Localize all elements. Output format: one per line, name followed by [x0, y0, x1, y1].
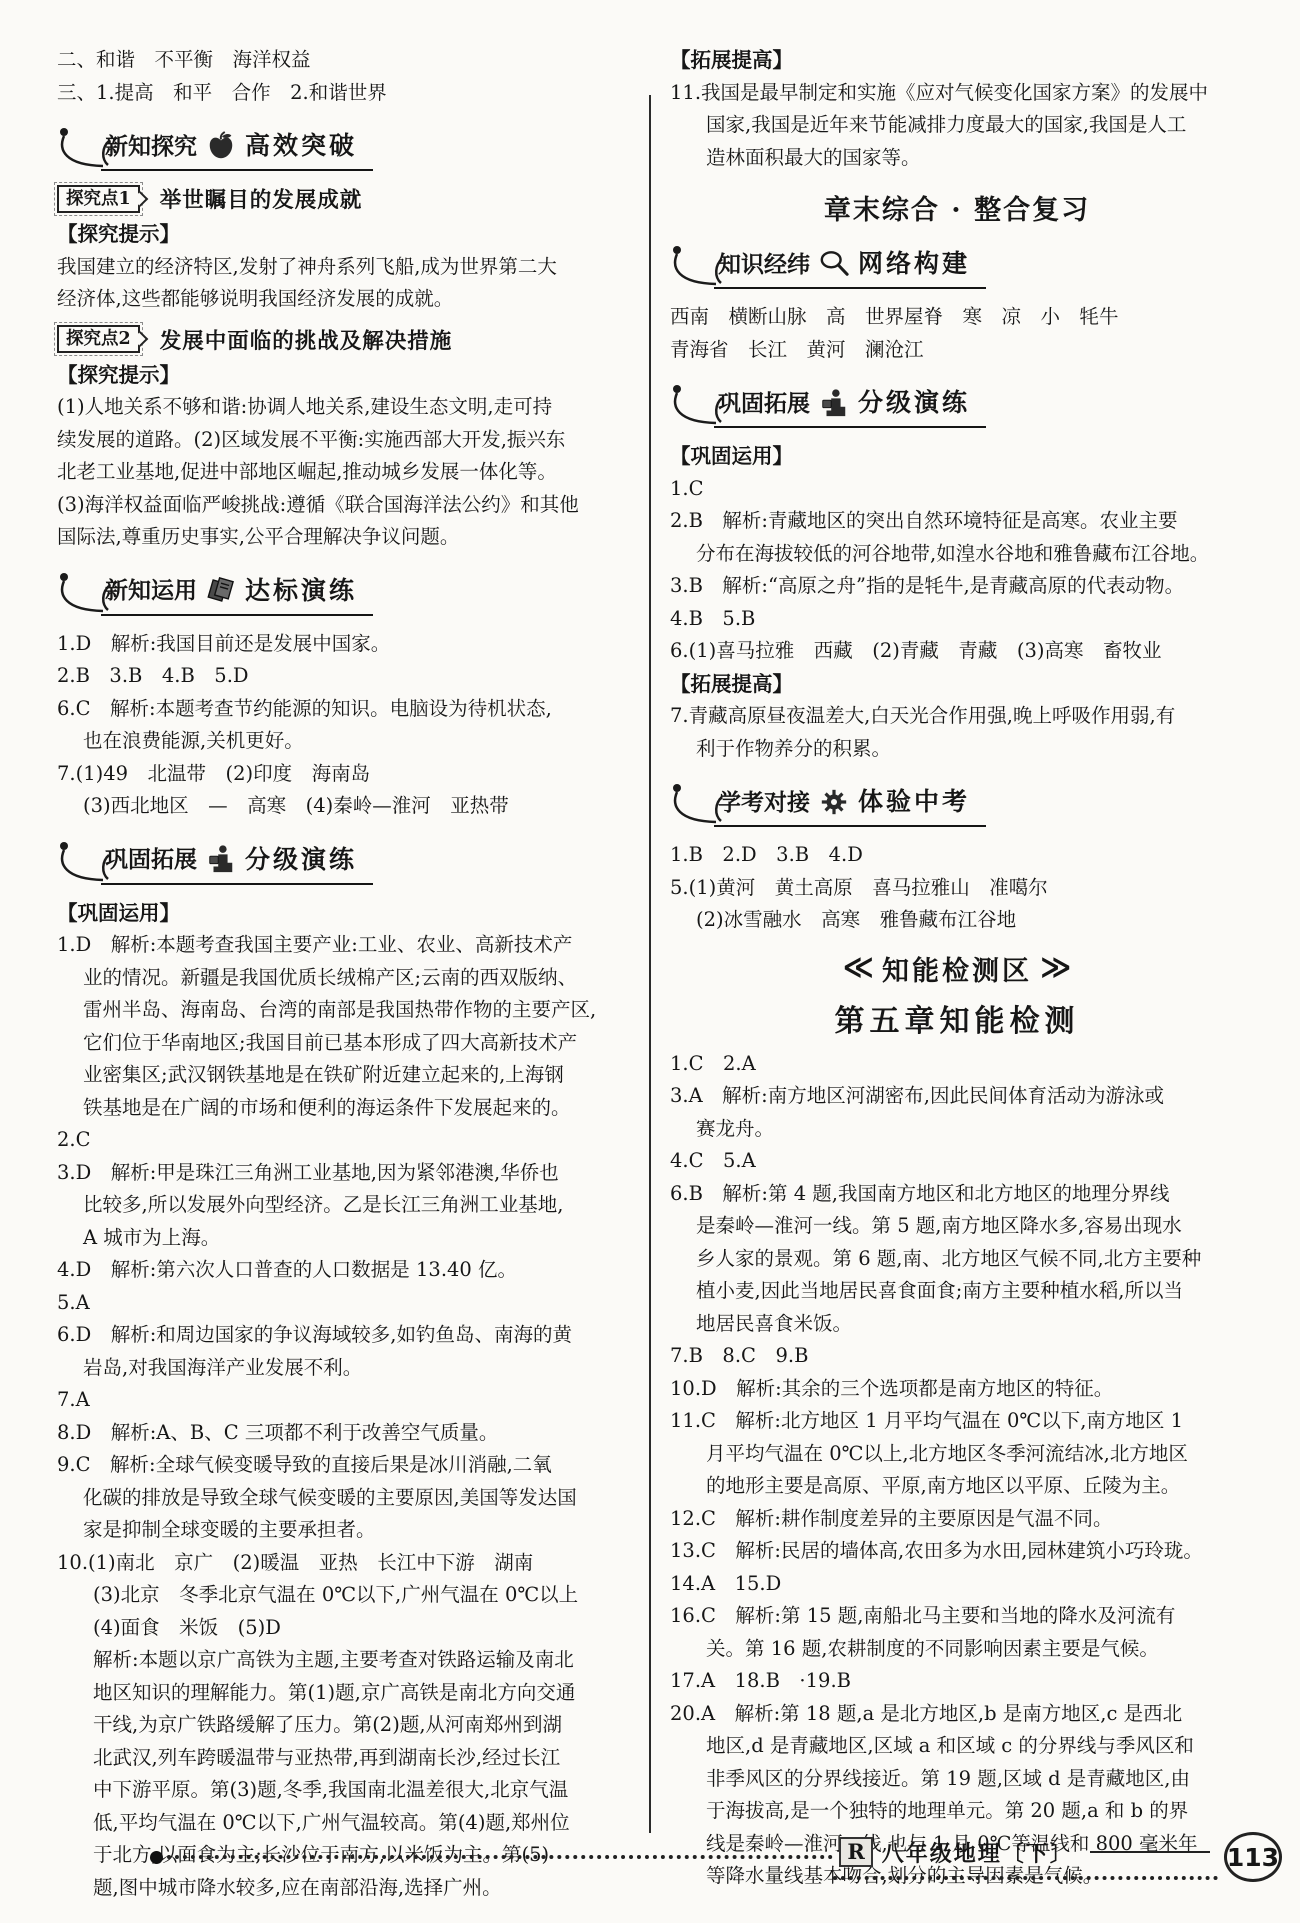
answer-line: 1.C: [670, 473, 1244, 506]
banner-title: 知能检测区: [882, 949, 1032, 988]
inquiry-point-title: 举世瞩目的发展成就: [160, 183, 363, 214]
answer-line: 13.C 解析:民居的墙体高,农田多为水田,园林建筑小巧玲珑。: [670, 1535, 1244, 1568]
answer-line: 4.B 5.B: [670, 603, 1244, 636]
answer-line: 乡人家的景观。第 6 题,南、北方地区气候不同,北方主要种: [670, 1243, 1244, 1276]
answer-line: 我国建立的经济特区,发射了神舟系列飞船,成为世界第二大: [57, 251, 639, 284]
answer-line: 6.(1)喜马拉雅 西藏 (2)青藏 青藏 (3)高寒 畜牧业: [670, 635, 1244, 668]
answer-line: 12.C 解析:耕作制度差异的主要原因是气温不同。: [670, 1503, 1244, 1536]
answer-line: 比较多,所以发展外向型经济。乙是长江三角洲工业基地,: [57, 1189, 639, 1222]
answer-line: 业的情况。新疆是我国优质长绒棉产区;云南的西双版纳、: [57, 962, 639, 995]
header-left-label: 巩固拓展: [718, 385, 810, 418]
answer-line: 6.D 解析:和周边国家的争议海域较多,如钓鱼岛、南海的黄: [57, 1319, 639, 1352]
answer-line: 分布在海拔较低的河谷地带,如湟水谷地和雅鲁藏布江谷地。: [670, 538, 1244, 571]
header-label-group: 知识经纬网络构建: [714, 244, 986, 289]
inquiry-point-row: 探究点1举世瞩目的发展成就: [57, 183, 639, 214]
answer-line: 2.B 3.B 4.B 5.D: [57, 660, 639, 693]
booklet-title: 八年级地理〔下〕: [882, 1837, 1074, 1868]
answer-line: 干线,为京广铁路缓解了压力。第(2)题,从河南郑州到湖: [57, 1709, 639, 1742]
answer-line: 11.C 解析:北方地区 1 月平均气温在 0℃以下,南方地区 1: [670, 1405, 1244, 1438]
answer-line: 3.D 解析:甲是珠江三角洲工业基地,因为紧邻港澳,华侨也: [57, 1157, 639, 1190]
answer-line: 中下游平原。第(3)题,冬季,我国南北温差很大,北京气温: [57, 1774, 639, 1807]
answer-line: 国家,我国是近年来节能减排力度最大的国家,我国是人工: [670, 109, 1244, 142]
climber-icon: [206, 844, 236, 871]
inquiry-point-badge: 探究点2: [57, 325, 140, 353]
left-column: 二、和谐 不平衡 海洋权益三、1.提高 和平 合作 2.和谐世界新知探究高效突破…: [57, 44, 639, 1904]
answer-line: 是秦岭—淮河一线。第 5 题,南方地区降水多,容易出现水: [670, 1210, 1244, 1243]
answer-line: 也在浪费能源,关机更好。: [57, 725, 639, 758]
inquiry-point-title: 发展中面临的挑战及解决措施: [160, 324, 453, 355]
answer-line: 9.C 解析:全球气候变暖导致的直接后果是冰川消融,二氧: [57, 1449, 639, 1482]
answer-line: 7.(1)49 北温带 (2)印度 海南岛: [57, 758, 639, 791]
answer-line: 西南 横断山脉 高 世界屋脊 寒 凉 小 牦牛: [670, 301, 1244, 334]
answer-line: 地区知识的理解能力。第(1)题,京广高铁是南北方向交通: [57, 1677, 639, 1710]
apple-icon: [206, 131, 236, 158]
header-left-label: 知识经纬: [718, 246, 810, 279]
bracket-label: 【探究提示】: [57, 218, 639, 251]
answer-line: 14.A 15.D: [670, 1568, 1244, 1601]
section-header: 知识经纬网络构建: [670, 241, 1244, 289]
header-right-label: 达标演练: [245, 571, 357, 607]
answer-line: (4)面食 米饭 (5)D: [57, 1612, 639, 1645]
answer-line: (1)人地关系不够和谐:协调人地关系,建设生态文明,走可持: [57, 391, 639, 424]
answer-line: 6.B 解析:第 4 题,我国南方地区和北方地区的地理分界线: [670, 1178, 1244, 1211]
answer-line: 3.A 解析:南方地区河湖密布,因此民间体育活动为游泳或: [670, 1080, 1244, 1113]
answer-line: 续发展的道路。(2)区域发展不平衡:实施西部大开发,振兴东: [57, 424, 639, 457]
answer-line: 二、和谐 不平衡 海洋权益: [57, 44, 639, 77]
chapter-title: 章末综合 · 整合复习: [670, 188, 1244, 227]
notebook-icon: [206, 575, 236, 602]
answer-line: 家是抑制全球变暖的主要承担者。: [57, 1514, 639, 1547]
header-right-label: 网络构建: [858, 244, 970, 280]
header-left-label: 新知探究: [105, 128, 197, 161]
answer-line: 1.D 解析:本题考查我国主要产业:工业、农业、高新技术产: [57, 929, 639, 962]
climber-icon: [819, 388, 849, 415]
answer-line: 10.(1)南北 京广 (2)暖温 亚热 长江中下游 湖南: [57, 1547, 639, 1580]
answer-line: 关。第 16 题,农耕制度的不同影响因素主要是气候。: [670, 1633, 1244, 1666]
answer-line: 1.D 解析:我国目前还是发展中国家。: [57, 628, 639, 661]
header-label-group: 新知探究高效突破: [101, 126, 373, 171]
answer-line: 1.B 2.D 3.B 4.D: [670, 839, 1244, 872]
bracket-label: 【巩固运用】: [57, 897, 639, 930]
column-divider: [649, 95, 651, 1833]
answer-line: 17.A 18.B ·19.B: [670, 1665, 1244, 1698]
answer-line: (3)海洋权益面临严峻挑战:遵循《联合国海洋法公约》和其他: [57, 489, 639, 522]
answer-line: 岩岛,对我国海洋产业发展不利。: [57, 1352, 639, 1385]
dotted-leader-line: [167, 1855, 833, 1859]
section-header: 巩固拓展分级演练: [670, 380, 1244, 428]
answer-line: 它们位于华南地区;我国目前已基本形成了四大高新技术产: [57, 1027, 639, 1060]
answer-line: 非季风区的分界线接近。第 19 题,区域 d 是青藏地区,由: [670, 1763, 1244, 1796]
footer-label-cluster: R 八年级地理〔下〕: [833, 1835, 1217, 1880]
answer-line: 于海拔高,是一个独特的地理单元。第 20 题,a 和 b 的界: [670, 1795, 1244, 1828]
answer-line: (2)冰雪融水 高寒 雅鲁藏布江谷地: [670, 904, 1244, 937]
right-column: 【拓展提高】11.我国是最早制定和实施《应对气候变化国家方案》的发展中国家,我国…: [670, 44, 1244, 1893]
answer-line: A 城市为上海。: [57, 1222, 639, 1255]
double-chevron-right-icon: ≫: [1040, 953, 1071, 983]
workbook-answer-page: 二、和谐 不平衡 海洋权益三、1.提高 和平 合作 2.和谐世界新知探究高效突破…: [0, 0, 1300, 1923]
answer-line: 铁基地是在广阔的市场和便利的海运条件下发展起来的。: [57, 1092, 639, 1125]
answer-line: 造林面积最大的国家等。: [670, 142, 1244, 175]
bracket-label: 【拓展提高】: [670, 44, 1244, 77]
footer-rule: [1090, 1851, 1210, 1853]
inquiry-point-row: 探究点2发展中面临的挑战及解决措施: [57, 324, 639, 355]
answer-line: 2.C: [57, 1124, 639, 1157]
answer-line: 北武汉,列车跨暖温带与亚热带,再到湖南长沙,经过长江: [57, 1742, 639, 1775]
answer-line: 1.C 2.A: [670, 1048, 1244, 1081]
answer-line: 4.D 解析:第六次人口普查的人口数据是 13.40 亿。: [57, 1254, 639, 1287]
answer-line: 10.D 解析:其余的三个选项都是南方地区的特征。: [670, 1373, 1244, 1406]
inquiry-point-badge: 探究点1: [57, 185, 140, 213]
answer-line: 解析:本题以京广高铁为主题,主要考查对铁路运输及南北: [57, 1644, 639, 1677]
bracket-label: 【拓展提高】: [670, 668, 1244, 701]
answer-line: 3.B 解析:“高原之舟”指的是牦牛,是青藏高原的代表动物。: [670, 570, 1244, 603]
answer-line: 经济体,这些都能够说明我国经济发展的成就。: [57, 283, 639, 316]
answer-line: 三、1.提高 和平 合作 2.和谐世界: [57, 77, 639, 110]
header-left-label: 巩固拓展: [105, 841, 197, 874]
answer-line: 国际法,尊重历史事实,公平合理解决争议问题。: [57, 521, 639, 554]
page-number-badge: 113: [1224, 1832, 1282, 1882]
page-footer: R 八年级地理〔下〕 113: [150, 1830, 1282, 1884]
section-header: 新知探究高效突破: [57, 123, 639, 171]
answer-line: 7.青藏高原昼夜温差大,白天光合作用强,晚上呼吸作用弱,有: [670, 700, 1244, 733]
answer-line: 2.B 解析:青藏地区的突出自然环境特征是高寒。农业主要: [670, 505, 1244, 538]
header-left-label: 新知运用: [105, 572, 197, 605]
answer-line: (3)北京 冬季北京气温在 0℃以下,广州气温在 0℃以上: [57, 1579, 639, 1612]
chapter-title: 第五章知能检测: [670, 996, 1244, 1040]
header-right-label: 分级演练: [245, 840, 357, 876]
header-label-group: 学考对接体验中考: [714, 782, 986, 827]
answer-line: 月平均气温在 0℃以上,北方地区冬季河流结冰,北方地区: [670, 1438, 1244, 1471]
answer-line: 的地形主要是高原、平原,南方地区以平原、丘陵为主。: [670, 1470, 1244, 1503]
answer-line: 业密集区;武汉钢铁基地是在铁矿附近建立起来的,上海钢: [57, 1059, 639, 1092]
answer-line: 植小麦,因此当地居民喜食面食;南方主要种植水稻,所以当: [670, 1275, 1244, 1308]
leader-dot: [150, 1851, 163, 1864]
answer-line: 化碳的排放是导致全球气候变暖的主要原因,美国等发达国: [57, 1482, 639, 1515]
answer-line: 5.(1)黄河 黄土高原 喜马拉雅山 准噶尔: [670, 872, 1244, 905]
section-header: 巩固拓展分级演练: [57, 837, 639, 885]
brand-badge: R: [839, 1837, 872, 1867]
magnifier-icon: [819, 249, 849, 276]
bracket-label: 【巩固运用】: [670, 440, 1244, 473]
header-label-group: 巩固拓展分级演练: [714, 383, 986, 428]
header-label-group: 巩固拓展分级演练: [101, 840, 373, 885]
answer-line: 利于作物养分的积累。: [670, 733, 1244, 766]
answer-line: 北老工业基地,促进中部地区崛起,推动城乡发展一体化等。: [57, 456, 639, 489]
header-right-label: 高效突破: [245, 126, 357, 162]
answer-line: 5.A: [57, 1287, 639, 1320]
answer-line: 20.A 解析:第 18 题,a 是北方地区,b 是南方地区,c 是西北: [670, 1698, 1244, 1731]
section-banner: ≪知能检测区≫: [670, 949, 1244, 988]
answer-line: 地居民喜食米饭。: [670, 1308, 1244, 1341]
answer-line: 6.C 解析:本题考查节约能源的知识。电脑设为待机状态,: [57, 693, 639, 726]
section-header: 新知运用达标演练: [57, 568, 639, 616]
answer-line: 7.B 8.C 9.B: [670, 1340, 1244, 1373]
header-left-label: 学考对接: [718, 784, 810, 817]
double-chevron-left-icon: ≪: [843, 953, 874, 983]
answer-line: 地区,d 是青藏地区,区域 a 和区域 c 的分界线与季风区和: [670, 1730, 1244, 1763]
answer-line: 16.C 解析:第 15 题,南船北马主要和当地的降水及河流有: [670, 1600, 1244, 1633]
answer-line: (3)西北地区 — 高寒 (4)秦岭—淮河 亚热带: [57, 790, 639, 823]
answer-line: 4.C 5.A: [670, 1145, 1244, 1178]
header-label-group: 新知运用达标演练: [101, 571, 373, 616]
section-header: 学考对接体验中考: [670, 779, 1244, 827]
answer-line: 雷州半岛、海南岛、台湾的南部是我国热带作物的主要产区,: [57, 994, 639, 1027]
header-right-label: 分级演练: [858, 383, 970, 419]
bracket-label: 【探究提示】: [57, 359, 639, 392]
header-right-label: 体验中考: [858, 782, 970, 818]
answer-line: 8.D 解析:A、B、C 三项都不利于改善空气质量。: [57, 1417, 639, 1450]
answer-line: 11.我国是最早制定和实施《应对气候变化国家方案》的发展中: [670, 77, 1244, 110]
answer-line: 赛龙舟。: [670, 1113, 1244, 1146]
answer-line: 7.A: [57, 1384, 639, 1417]
answer-line: 青海省 长江 黄河 澜沧江: [670, 334, 1244, 367]
gear-icon: [819, 787, 849, 814]
